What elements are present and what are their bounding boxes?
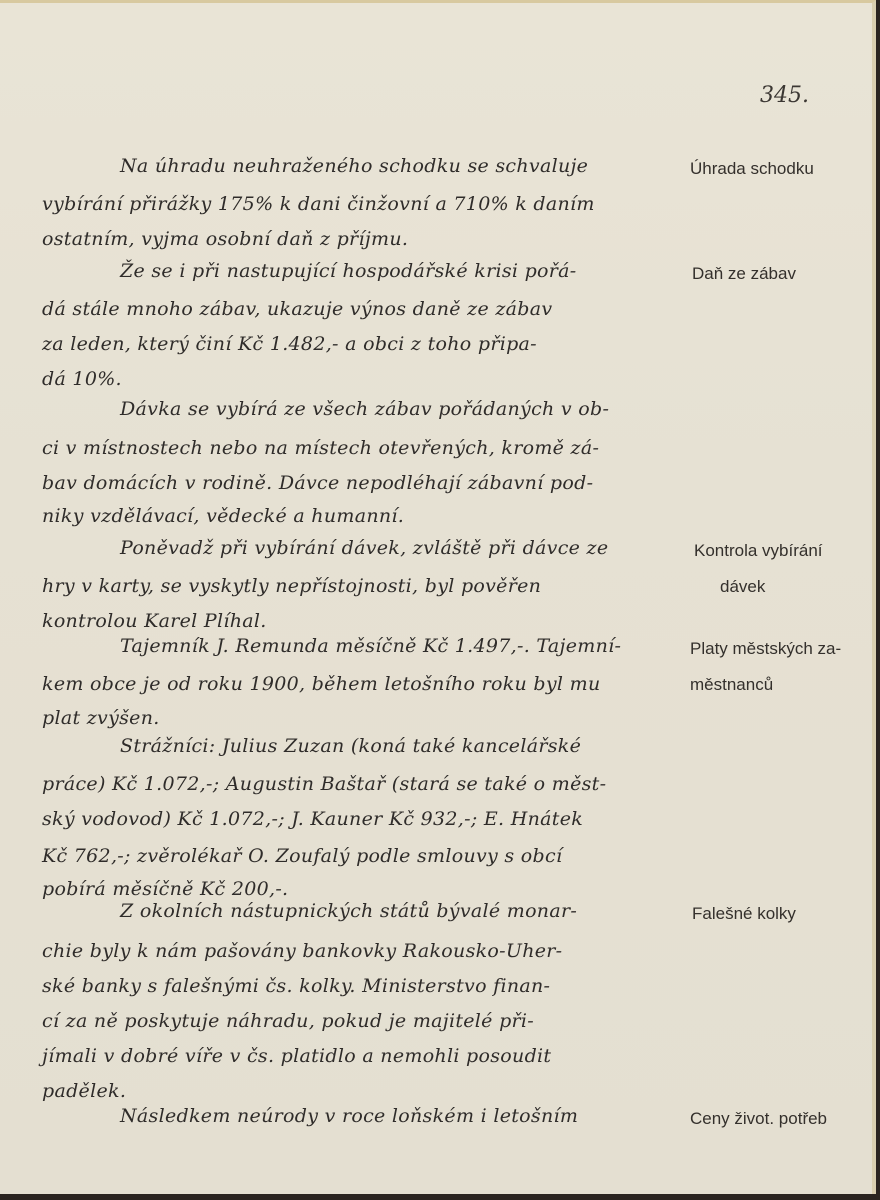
text-line: práce) Kč 1.072,-; Augustin Baštař (star… xyxy=(42,773,606,795)
text-line: Na úhradu neuhraženého schodku se schval… xyxy=(120,155,588,177)
text-line: ostatním, vyjma osobní daň z příjmu. xyxy=(42,228,408,250)
text-line: Dávka se vybírá ze všech zábav pořádanýc… xyxy=(120,398,609,420)
text-line: Tajemník J. Remunda měsíčně Kč 1.497,-. … xyxy=(120,635,621,657)
text-line: ský vodovod) Kč 1.072,-; J. Kauner Kč 93… xyxy=(42,808,583,830)
text-line: vybírání přirážky 175% k dani činžovní a… xyxy=(42,193,595,215)
margin-note: Daň ze zábav xyxy=(692,264,796,284)
margin-note: Kontrola vybírání xyxy=(694,541,823,561)
text-line: dá 10%. xyxy=(42,368,122,390)
margin-note: Falešné kolky xyxy=(692,904,796,924)
text-line: niky vzdělávací, vědecké a humanní. xyxy=(42,505,404,527)
text-line: hry v karty, se vyskytly nepřístojnosti,… xyxy=(42,575,541,597)
text-line: Kč 762,-; zvěrolékař O. Zoufalý podle sm… xyxy=(42,845,562,867)
text-line: Následkem neúrody v roce loňském i letoš… xyxy=(120,1105,578,1127)
text-line: Poněvadž při vybírání dávek, zvláště při… xyxy=(120,537,608,559)
text-line: ci v místnostech nebo na místech otevřen… xyxy=(42,437,599,459)
text-line: kem obce je od roku 1900, během letošníh… xyxy=(42,673,601,695)
text-line: Že se i při nastupující hospodářské kris… xyxy=(120,260,577,282)
text-line: ské banky s falešnými čs. kolky. Ministe… xyxy=(42,975,550,997)
manuscript-page: 345. Na úhradu neuhraženého schodku se s… xyxy=(0,0,876,1194)
text-line: jímali v dobré víře v čs. platidlo a nem… xyxy=(42,1045,551,1067)
text-line: pobírá měsíčně Kč 200,-. xyxy=(42,878,288,900)
text-line: za leden, který činí Kč 1.482,- a obci z… xyxy=(42,333,537,355)
text-line: cí za ně poskytuje náhradu, pokud je maj… xyxy=(42,1010,534,1032)
text-line: plat zvýšen. xyxy=(42,707,160,729)
margin-note: městnanců xyxy=(690,675,773,695)
margin-note: Ceny život. potřeb xyxy=(690,1109,827,1129)
text-line: bav domácích v rodině. Dávce nepodléhají… xyxy=(42,472,593,494)
text-line: kontrolou Karel Plíhal. xyxy=(42,610,267,632)
text-line: padělek. xyxy=(42,1080,126,1102)
margin-note: Úhrada schodku xyxy=(690,159,814,179)
text-line: Strážníci: Julius Zuzan (koná také kance… xyxy=(120,735,581,757)
margin-note: dávek xyxy=(720,577,765,597)
margin-note: Platy městských za- xyxy=(690,639,841,659)
page-number: 345. xyxy=(760,83,809,108)
text-line: chie byly k nám pašovány bankovky Rakous… xyxy=(42,940,562,962)
text-line: Z okolních nástupnických států bývalé mo… xyxy=(120,900,577,922)
text-line: dá stále mnoho zábav, ukazuje výnos daně… xyxy=(42,298,552,320)
